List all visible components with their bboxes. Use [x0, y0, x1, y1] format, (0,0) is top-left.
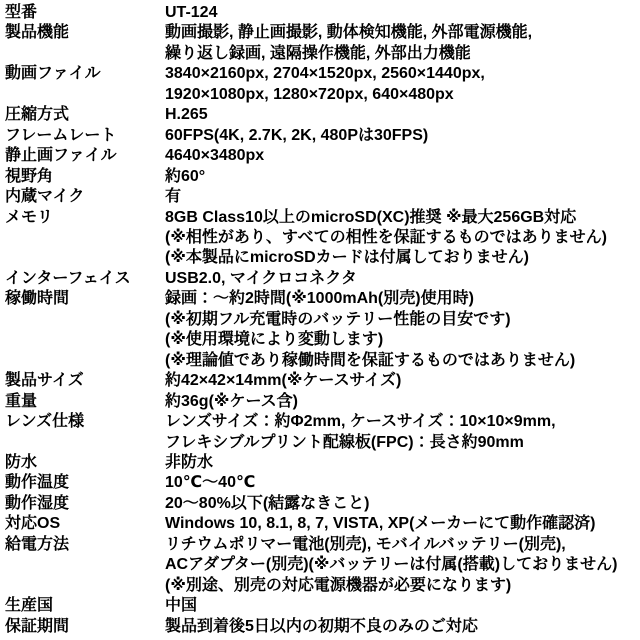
spec-value-line: (※使用環境により変動します) [165, 330, 640, 350]
spec-row: 対応OS Windows 10, 8.1, 8, 7, VISTA, XP(メー… [5, 514, 640, 534]
spec-value-line: 約36g(※ケース含) [165, 392, 640, 412]
spec-value-line: 20～80%以下(結露なきこと) [165, 494, 640, 514]
spec-value: 8GB Class10以上のmicroSD(XC)推奨 ※最大256GB対応(※… [165, 208, 640, 269]
spec-label: 製品機能 [5, 23, 165, 43]
spec-row: 稼働時間 録画：～約2時間(※1000mAh(別売)使用時)(※初期フル充電時の… [5, 289, 640, 371]
spec-value-line: (※初期フル充電時のバッテリー性能の目安です) [165, 310, 640, 330]
spec-label: インターフェイス [5, 269, 165, 289]
spec-rows-container: 型番 UT-124 製品機能 動画撮影, 静止画撮影, 動体検知機能, 外部電源… [5, 3, 640, 637]
spec-label: 防水 [5, 453, 165, 473]
spec-value-line: (※相性があり、すべての相性を保証するものではありません) [165, 228, 640, 248]
spec-value-line: UT-124 [165, 3, 640, 23]
spec-value: UT-124 [165, 3, 640, 23]
spec-value-line: 3840×2160px, 2704×1520px, 2560×1440px, [165, 64, 640, 84]
spec-value-line: 非防水 [165, 453, 640, 473]
spec-row: 静止画ファイル 4640×3480px [5, 146, 640, 166]
spec-value-line: 1920×1080px, 1280×720px, 640×480px [165, 85, 640, 105]
spec-row: 動作湿度 20～80%以下(結露なきこと) [5, 494, 640, 514]
spec-label: 圧縮方式 [5, 105, 165, 125]
spec-value-line: フレキシブルプリント配線板(FPC)：長さ約90mm [165, 433, 640, 453]
spec-value: 中国 [165, 596, 640, 616]
spec-row: 型番 UT-124 [5, 3, 640, 23]
spec-label: 給電方法 [5, 535, 165, 555]
spec-value: 4640×3480px [165, 146, 640, 166]
spec-value: 録画：～約2時間(※1000mAh(別売)使用時)(※初期フル充電時のバッテリー… [165, 289, 640, 371]
spec-value: H.265 [165, 105, 640, 125]
spec-row: レンズ仕様 レンズサイズ：約Φ2mm, ケースサイズ：10×10×9mm,フレキ… [5, 412, 640, 453]
spec-value-line: リチウムポリマー電池(別売), モバイルバッテリー(別売), [165, 535, 640, 555]
spec-label: 視野角 [5, 167, 165, 187]
spec-value-line: ACアダプター(別売)(※バッテリーは付属(搭載)しておりません) [165, 555, 640, 575]
spec-label: 製品サイズ [5, 371, 165, 391]
spec-value-line: 約60° [165, 167, 640, 187]
spec-label: フレームレート [5, 126, 165, 146]
spec-row: 動作温度 10℃～40℃ [5, 473, 640, 493]
spec-label: 動画ファイル [5, 64, 165, 84]
spec-value-line: (※別途、別売の対応電源機器が必要になります) [165, 576, 640, 596]
spec-value-line: 4640×3480px [165, 146, 640, 166]
spec-value-line: 8GB Class10以上のmicroSD(XC)推奨 ※最大256GB対応 [165, 208, 640, 228]
spec-label: 保証期間 [5, 617, 165, 637]
spec-value: 約36g(※ケース含) [165, 392, 640, 412]
spec-value-line: 繰り返し録画, 遠隔操作機能, 外部出力機能 [165, 44, 640, 64]
spec-value: 3840×2160px, 2704×1520px, 2560×1440px,19… [165, 64, 640, 105]
spec-value: 非防水 [165, 453, 640, 473]
spec-value-line: 動画撮影, 静止画撮影, 動体検知機能, 外部電源機能, [165, 23, 640, 43]
spec-label: 重量 [5, 392, 165, 412]
spec-value-line: (※本製品にmicroSDカードは付属しておりません) [165, 248, 640, 268]
spec-value-line: 録画：～約2時間(※1000mAh(別売)使用時) [165, 289, 640, 309]
spec-row: 視野角 約60° [5, 167, 640, 187]
spec-row: 製品サイズ 約42×42×14mm(※ケースサイズ) [5, 371, 640, 391]
spec-value: USB2.0, マイクロコネクタ [165, 269, 640, 289]
spec-value: 20～80%以下(結露なきこと) [165, 494, 640, 514]
product-spec-sheet: 型番 UT-124 製品機能 動画撮影, 静止画撮影, 動体検知機能, 外部電源… [0, 0, 640, 640]
spec-value: 10℃～40℃ [165, 473, 640, 493]
spec-label: 静止画ファイル [5, 146, 165, 166]
spec-label: 生産国 [5, 596, 165, 616]
spec-value: Windows 10, 8.1, 8, 7, VISTA, XP(メーカーにて動… [165, 514, 640, 534]
spec-value: 約60° [165, 167, 640, 187]
spec-row: 給電方法 リチウムポリマー電池(別売), モバイルバッテリー(別売),ACアダプ… [5, 535, 640, 596]
spec-value-line: 60FPS(4K, 2.7K, 2K, 480Pは30FPS) [165, 126, 640, 146]
spec-label: メモリ [5, 208, 165, 228]
spec-row: 圧縮方式 H.265 [5, 105, 640, 125]
spec-value: 有 [165, 187, 640, 207]
spec-label: 対応OS [5, 514, 165, 534]
spec-row: 重量 約36g(※ケース含) [5, 392, 640, 412]
spec-row: フレームレート 60FPS(4K, 2.7K, 2K, 480Pは30FPS) [5, 126, 640, 146]
spec-value-line: USB2.0, マイクロコネクタ [165, 269, 640, 289]
spec-label: 稼働時間 [5, 289, 165, 309]
spec-value: 製品到着後5日以内の初期不良のみのご対応 [165, 617, 640, 637]
spec-row: 保証期間 製品到着後5日以内の初期不良のみのご対応 [5, 617, 640, 637]
spec-value: 動画撮影, 静止画撮影, 動体検知機能, 外部電源機能,繰り返し録画, 遠隔操作… [165, 23, 640, 64]
spec-row: 動画ファイル 3840×2160px, 2704×1520px, 2560×14… [5, 64, 640, 105]
spec-value: 約42×42×14mm(※ケースサイズ) [165, 371, 640, 391]
spec-row: 内蔵マイク 有 [5, 187, 640, 207]
spec-row: 防水 非防水 [5, 453, 640, 473]
spec-value-line: 約42×42×14mm(※ケースサイズ) [165, 371, 640, 391]
spec-value-line: (※理論値であり稼働時間を保証するものではありません) [165, 351, 640, 371]
spec-value: レンズサイズ：約Φ2mm, ケースサイズ：10×10×9mm,フレキシブルプリン… [165, 412, 640, 453]
spec-row: 製品機能 動画撮影, 静止画撮影, 動体検知機能, 外部電源機能,繰り返し録画,… [5, 23, 640, 64]
spec-value: リチウムポリマー電池(別売), モバイルバッテリー(別売),ACアダプター(別売… [165, 535, 640, 596]
spec-label: レンズ仕様 [5, 412, 165, 432]
spec-value-line: Windows 10, 8.1, 8, 7, VISTA, XP(メーカーにて動… [165, 514, 640, 534]
spec-label: 動作温度 [5, 473, 165, 493]
spec-value-line: 10℃～40℃ [165, 473, 640, 493]
spec-label: 型番 [5, 3, 165, 23]
spec-row: 生産国 中国 [5, 596, 640, 616]
spec-value-line: レンズサイズ：約Φ2mm, ケースサイズ：10×10×9mm, [165, 412, 640, 432]
spec-value-line: 有 [165, 187, 640, 207]
spec-label: 内蔵マイク [5, 187, 165, 207]
spec-row: インターフェイス USB2.0, マイクロコネクタ [5, 269, 640, 289]
spec-value: 60FPS(4K, 2.7K, 2K, 480Pは30FPS) [165, 126, 640, 146]
spec-row: メモリ 8GB Class10以上のmicroSD(XC)推奨 ※最大256GB… [5, 208, 640, 269]
spec-value-line: 中国 [165, 596, 640, 616]
spec-value-line: 製品到着後5日以内の初期不良のみのご対応 [165, 617, 640, 637]
spec-value-line: H.265 [165, 105, 640, 125]
spec-label: 動作湿度 [5, 494, 165, 514]
